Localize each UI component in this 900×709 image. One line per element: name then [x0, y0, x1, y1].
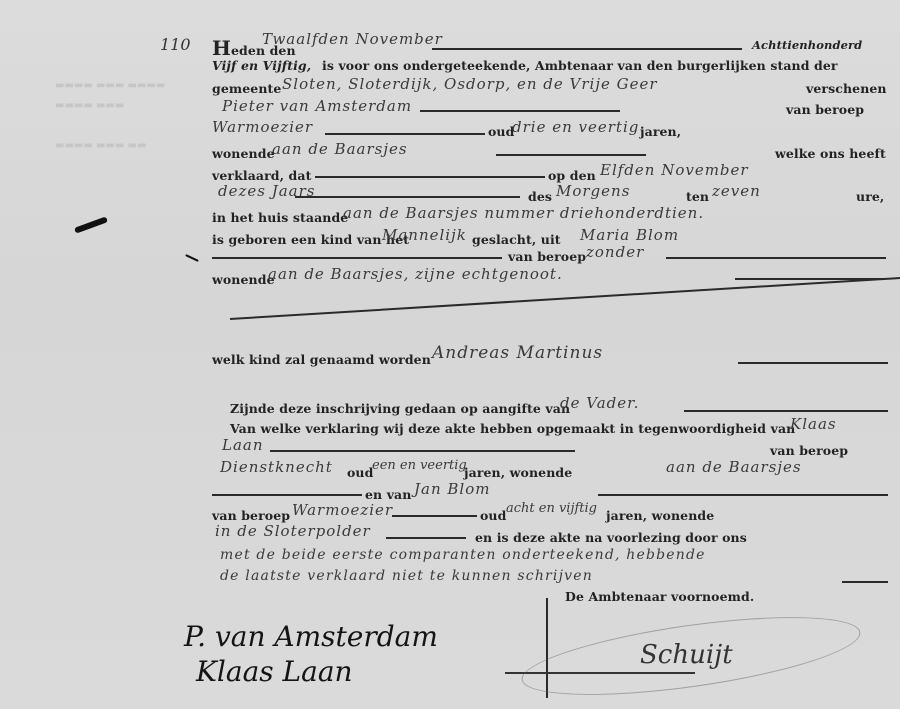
printed-text: De Ambtenaar voornoemd. [565, 589, 754, 604]
handwritten-declarant: de Vader. [560, 394, 639, 412]
handwritten-time-of-day: Morgens [556, 182, 630, 200]
ink-mark [185, 254, 199, 262]
handwritten-witness1-residence: aan de Baarsjes [666, 458, 802, 476]
printed-text: Van welke verklaring wij deze akte hebbe… [230, 421, 795, 436]
handwritten-closing-1: met de beide eerste comparanten ondertee… [220, 547, 706, 563]
fill-line [496, 154, 646, 156]
handwritten-child-name: Andreas Martinus [432, 343, 603, 363]
handwritten-hour: zeven [712, 182, 761, 200]
fill-line [738, 362, 888, 364]
printed-text: oud [347, 465, 373, 480]
printed-text: verklaard, dat [212, 168, 311, 183]
printed-text: van beroep [786, 102, 864, 117]
signature-father: P. van Amsterdam [184, 620, 438, 653]
handwritten-witness2-residence: in de Sloterpolder [215, 522, 371, 540]
handwritten-mother-name: Maria Blom [580, 226, 679, 244]
handwritten-witness2-age: acht en vijftig [506, 501, 597, 516]
bleed-through-text: ▬▬▬▬ ▬▬▬ [55, 100, 124, 111]
printed-text: verschenen [806, 81, 887, 96]
printed-text: van beroep [212, 508, 290, 523]
handwritten-municipality: Sloten, Sloterdijk, Osdorp, en de Vrije … [282, 75, 658, 93]
handwritten-birth-date: Elfden November [600, 161, 749, 179]
document-page: ▬▬▬▬ ▬▬▬ ▬▬▬▬ ▬▬▬▬ ▬▬▬ ▬▬▬▬ ▬▬▬ ▬▬ 110 H… [0, 0, 900, 709]
fill-line [432, 48, 742, 50]
fill-line [842, 581, 888, 583]
handwritten-witness1-age: een en veertig [372, 458, 467, 473]
fill-line [295, 196, 520, 198]
printed-text: op den [548, 168, 596, 183]
printed-text: jaren, wonende [606, 508, 714, 523]
printed-text: is geboren een kind van het [212, 232, 409, 247]
fill-line [270, 450, 575, 452]
fill-line [212, 257, 502, 259]
printed-text: jaren, wonende [464, 465, 572, 480]
printed-text: Vijf en Vijftig, [212, 58, 311, 73]
printed-text: en van [365, 487, 411, 502]
printed-text: in het huis staande [212, 210, 348, 225]
handwritten-witness1-occupation: Dienstknecht [220, 458, 333, 476]
signature-flourish [517, 602, 864, 709]
printed-text: Zijnde deze inschrijving gedaan op aangi… [230, 401, 570, 416]
handwritten-age: drie en veertig [512, 118, 639, 136]
printed-text: van beroep [770, 443, 848, 458]
printed-text: des [528, 189, 552, 204]
fill-line [325, 133, 485, 135]
printed-text: ure, [856, 189, 884, 204]
printed-text: van beroep [508, 249, 586, 264]
printed-text: en is deze akte na voorlezing door ons [475, 530, 747, 545]
printed-text: gemeente [212, 81, 281, 96]
printed-text: geslacht, uit [472, 232, 561, 247]
signature-witness1: Klaas Laan [196, 655, 353, 688]
printed-text: wonende [212, 146, 275, 161]
printed-text: is voor ons ondergeteekende, Ambtenaar v… [322, 58, 838, 73]
fill-line [386, 537, 466, 539]
printed-text: jaren, [640, 124, 681, 139]
bleed-through-text: ▬▬▬▬ ▬▬▬ ▬▬▬▬ [55, 80, 165, 91]
printed-text: welk kind zal genaamd worden [212, 352, 431, 367]
handwritten-name-father: Pieter van Amsterdam [222, 97, 412, 115]
ink-blot [74, 216, 108, 233]
handwritten-house-address: aan de Baarsjes nummer driehonderdtien. [343, 204, 704, 222]
printed-text: ten [686, 189, 709, 204]
handwritten-sex: Mannelijk [382, 226, 467, 244]
handwritten-mother-occupation: zonder [586, 243, 644, 261]
fill-line [392, 515, 477, 517]
handwritten-witness2-name: Jan Blom [414, 480, 490, 498]
handwritten-date: Twaalfden November [262, 30, 443, 48]
handwritten-witness2-occupation: Warmoezier [292, 501, 393, 519]
printed-text: oud [488, 124, 514, 139]
bleed-through-text: ▬▬▬▬ ▬▬▬ ▬▬ [55, 140, 146, 151]
handwritten-witness1-last: Laan [222, 436, 264, 454]
handwritten-closing-2: de laatste verklaard niet te kunnen schr… [220, 568, 593, 584]
fill-line [420, 110, 620, 112]
record-number: 110 [160, 35, 191, 54]
handwritten-occupation: Warmoezier [212, 118, 313, 136]
printed-text: Achttienhonderd [752, 38, 862, 52]
printed-text: wonende [212, 272, 275, 287]
fill-line [684, 410, 888, 412]
fill-line [315, 176, 545, 178]
printed-text: welke ons heeft [775, 146, 886, 161]
handwritten-mother-residence: aan de Baarsjes, zijne echtgenoot. [268, 265, 563, 283]
fill-line [598, 494, 888, 496]
printed-text: oud [480, 508, 506, 523]
fill-line [666, 257, 886, 259]
fill-line [212, 494, 362, 496]
handwritten-residence: aan de Baarsjes [272, 140, 408, 158]
handwritten-witness1-first: Klaas [790, 415, 837, 433]
